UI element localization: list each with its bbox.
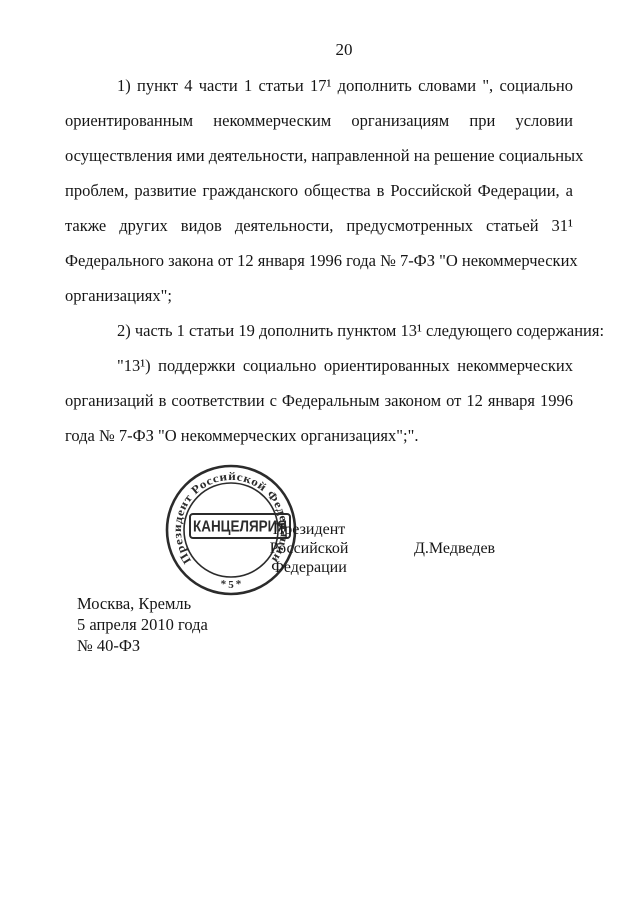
- stamp-bottom-text: * 5 *: [220, 578, 243, 591]
- body-line: "13¹) поддержки социально ориентированны…: [65, 348, 573, 383]
- signature-name: Д.Медведев: [414, 539, 495, 558]
- page-number: 20: [330, 40, 358, 60]
- body-text: 1) пункт 4 части 1 статьи 17¹ дополнить …: [65, 68, 573, 453]
- body-line: организаций в соответствии с Федеральным…: [65, 383, 573, 418]
- body-line: осуществления ими деятельности, направле…: [65, 138, 573, 173]
- stamp-center-text: КАНЦЕЛЯРИЯ: [193, 519, 287, 536]
- body-line: также других видов деятельности, предусм…: [65, 208, 573, 243]
- body-line: 1) пункт 4 части 1 статьи 17¹ дополнить …: [65, 68, 573, 103]
- footer-doc-number: № 40-ФЗ: [77, 635, 208, 656]
- document-page: 20 1) пункт 4 части 1 статьи 17¹ дополни…: [0, 0, 640, 900]
- body-line: 2) часть 1 статьи 19 дополнить пунктом 1…: [65, 313, 573, 348]
- body-line: проблем, развитие гражданского общества …: [65, 173, 573, 208]
- footer-place: Москва, Кремль: [77, 593, 208, 614]
- stamp-bottom-text-container: * 5 *: [220, 578, 243, 591]
- body-line: ориентированным некоммерческим организац…: [65, 103, 573, 138]
- footer-block: Москва, Кремль 5 апреля 2010 года № 40-Ф…: [77, 593, 208, 656]
- footer-date: 5 апреля 2010 года: [77, 614, 208, 635]
- chancellery-stamp-seal: Президент Российской Федерации * 5 * КАН…: [156, 455, 306, 605]
- body-line: Федерального закона от 12 января 1996 го…: [65, 243, 573, 278]
- body-line: года № 7-ФЗ "О некоммерческих организаци…: [65, 418, 573, 453]
- body-line: организациях";: [65, 278, 573, 313]
